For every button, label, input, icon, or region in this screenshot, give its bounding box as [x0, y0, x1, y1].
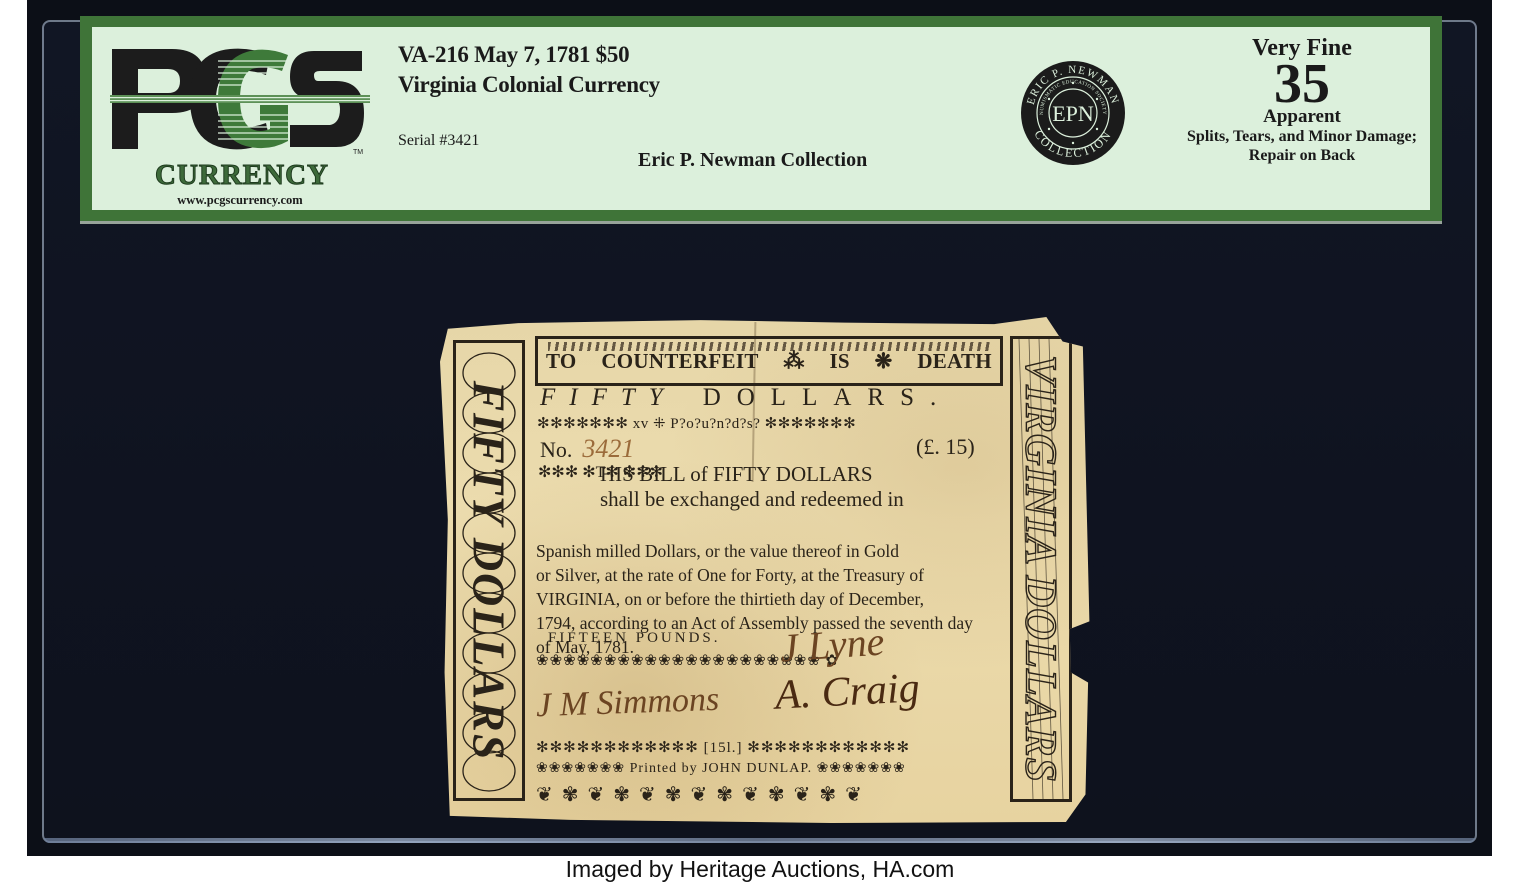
- left-border-text: FIFTY DOLLARS: [463, 380, 516, 761]
- seal-center-text: EPN: [1052, 101, 1094, 126]
- right-border-text: VIRGINIA DOLLARS: [1016, 355, 1067, 783]
- grading-label: TM CURRENCY www.pcgscurrency.com VA-216 …: [80, 16, 1442, 221]
- grade-block: Very Fine 35 Apparent Splits, Tears, and…: [1182, 35, 1422, 165]
- pcgs-logo-icon: [110, 41, 370, 161]
- note-type-title: Virginia Colonial Currency: [398, 72, 660, 98]
- signature-simmons: J M Simmons: [535, 681, 719, 725]
- handwritten-serial: 3421: [582, 434, 634, 463]
- grade-qualifier: Apparent: [1182, 107, 1422, 127]
- pcgs-logo: TM CURRENCY www.pcgscurrency.com: [110, 41, 360, 206]
- left-border-panel: FIFTY DOLLARS: [453, 340, 525, 801]
- label-edge: [80, 221, 1442, 224]
- t-ornament: ✻✻✻ ✻T✻ ✻✻✻: [538, 462, 598, 484]
- image-credit: Imaged by Heritage Auctions, HA.com: [0, 856, 1520, 883]
- grade-comment-line1: Splits, Tears, and Minor Damage;: [1182, 127, 1422, 146]
- note-number: No.3421: [540, 434, 634, 464]
- label-panel: TM CURRENCY www.pcgscurrency.com VA-216 …: [92, 27, 1430, 210]
- printer-line: ❀❀❀❀❀❀❀ Printed by JOHN DUNLAP. ❀❀❀❀❀❀❀: [536, 760, 906, 777]
- ornament-row: ✻✻✻✻✻✻✻✻✻✻✻✻ [15l.] ✻✻✻✻✻✻✻✻✻✻✻✻: [536, 738, 910, 757]
- trademark-mark: TM: [353, 149, 363, 156]
- signature-lyne: J Lyne: [778, 617, 885, 671]
- pounds-ornament-row: ✻✻✻✻✻✻✻ xv ⁜ P?o?u?n?d?s? ✻✻✻✻✻✻✻: [537, 414, 856, 433]
- counterfeit-warning-text: TO COUNTERFEIT ⁂ IS ❋ DEATH: [546, 349, 992, 374]
- pcgs-url: www.pcgscurrency.com: [110, 193, 370, 208]
- pound-value: (£. 15): [916, 434, 975, 460]
- check-letter: [15l.]: [704, 740, 743, 756]
- grade-comment-line2: Repair on Back: [1182, 146, 1422, 165]
- ornament-row: ❦ ✾ ❦ ✾ ❦ ✾ ❦ ✾ ❦ ✾ ❦ ✾ ❦: [536, 782, 864, 807]
- note-catalog-title: VA-216 May 7, 1781 $50: [398, 42, 629, 68]
- fifteen-pounds-text: FIFTEEN POUNDS.: [548, 630, 721, 647]
- right-border-panel: VIRGINIA DOLLARS: [1010, 336, 1072, 802]
- denomination-heading: FIFTYDOLLARS.: [540, 384, 952, 412]
- grade-number: 35: [1182, 61, 1422, 107]
- bill-text-heading: HIS BILL of FIFTY DOLLARS shall be excha…: [600, 462, 904, 512]
- ornament-icon: ⁂: [783, 349, 804, 374]
- collection-name: Eric P. Newman Collection: [638, 149, 867, 172]
- note-paper: FIFTY DOLLARS VIRGINIA DOLLARS TO COUNTE…: [440, 316, 1092, 825]
- epn-seal-icon: ERIC P. NEWMAN COLLECTION NUMISMATIC EDU…: [1019, 59, 1127, 167]
- serial-number: Serial #3421: [398, 132, 479, 150]
- banknote: FIFTY DOLLARS VIRGINIA DOLLARS TO COUNTE…: [440, 316, 1092, 825]
- holder-edge: [44, 838, 1475, 843]
- signature-craig: A. Craig: [774, 664, 921, 720]
- logo-currency-word: CURRENCY: [122, 159, 362, 192]
- ornament-icon: ❋: [875, 349, 893, 374]
- counterfeit-warning-banner: TO COUNTERFEIT ⁂ IS ❋ DEATH: [535, 336, 1003, 386]
